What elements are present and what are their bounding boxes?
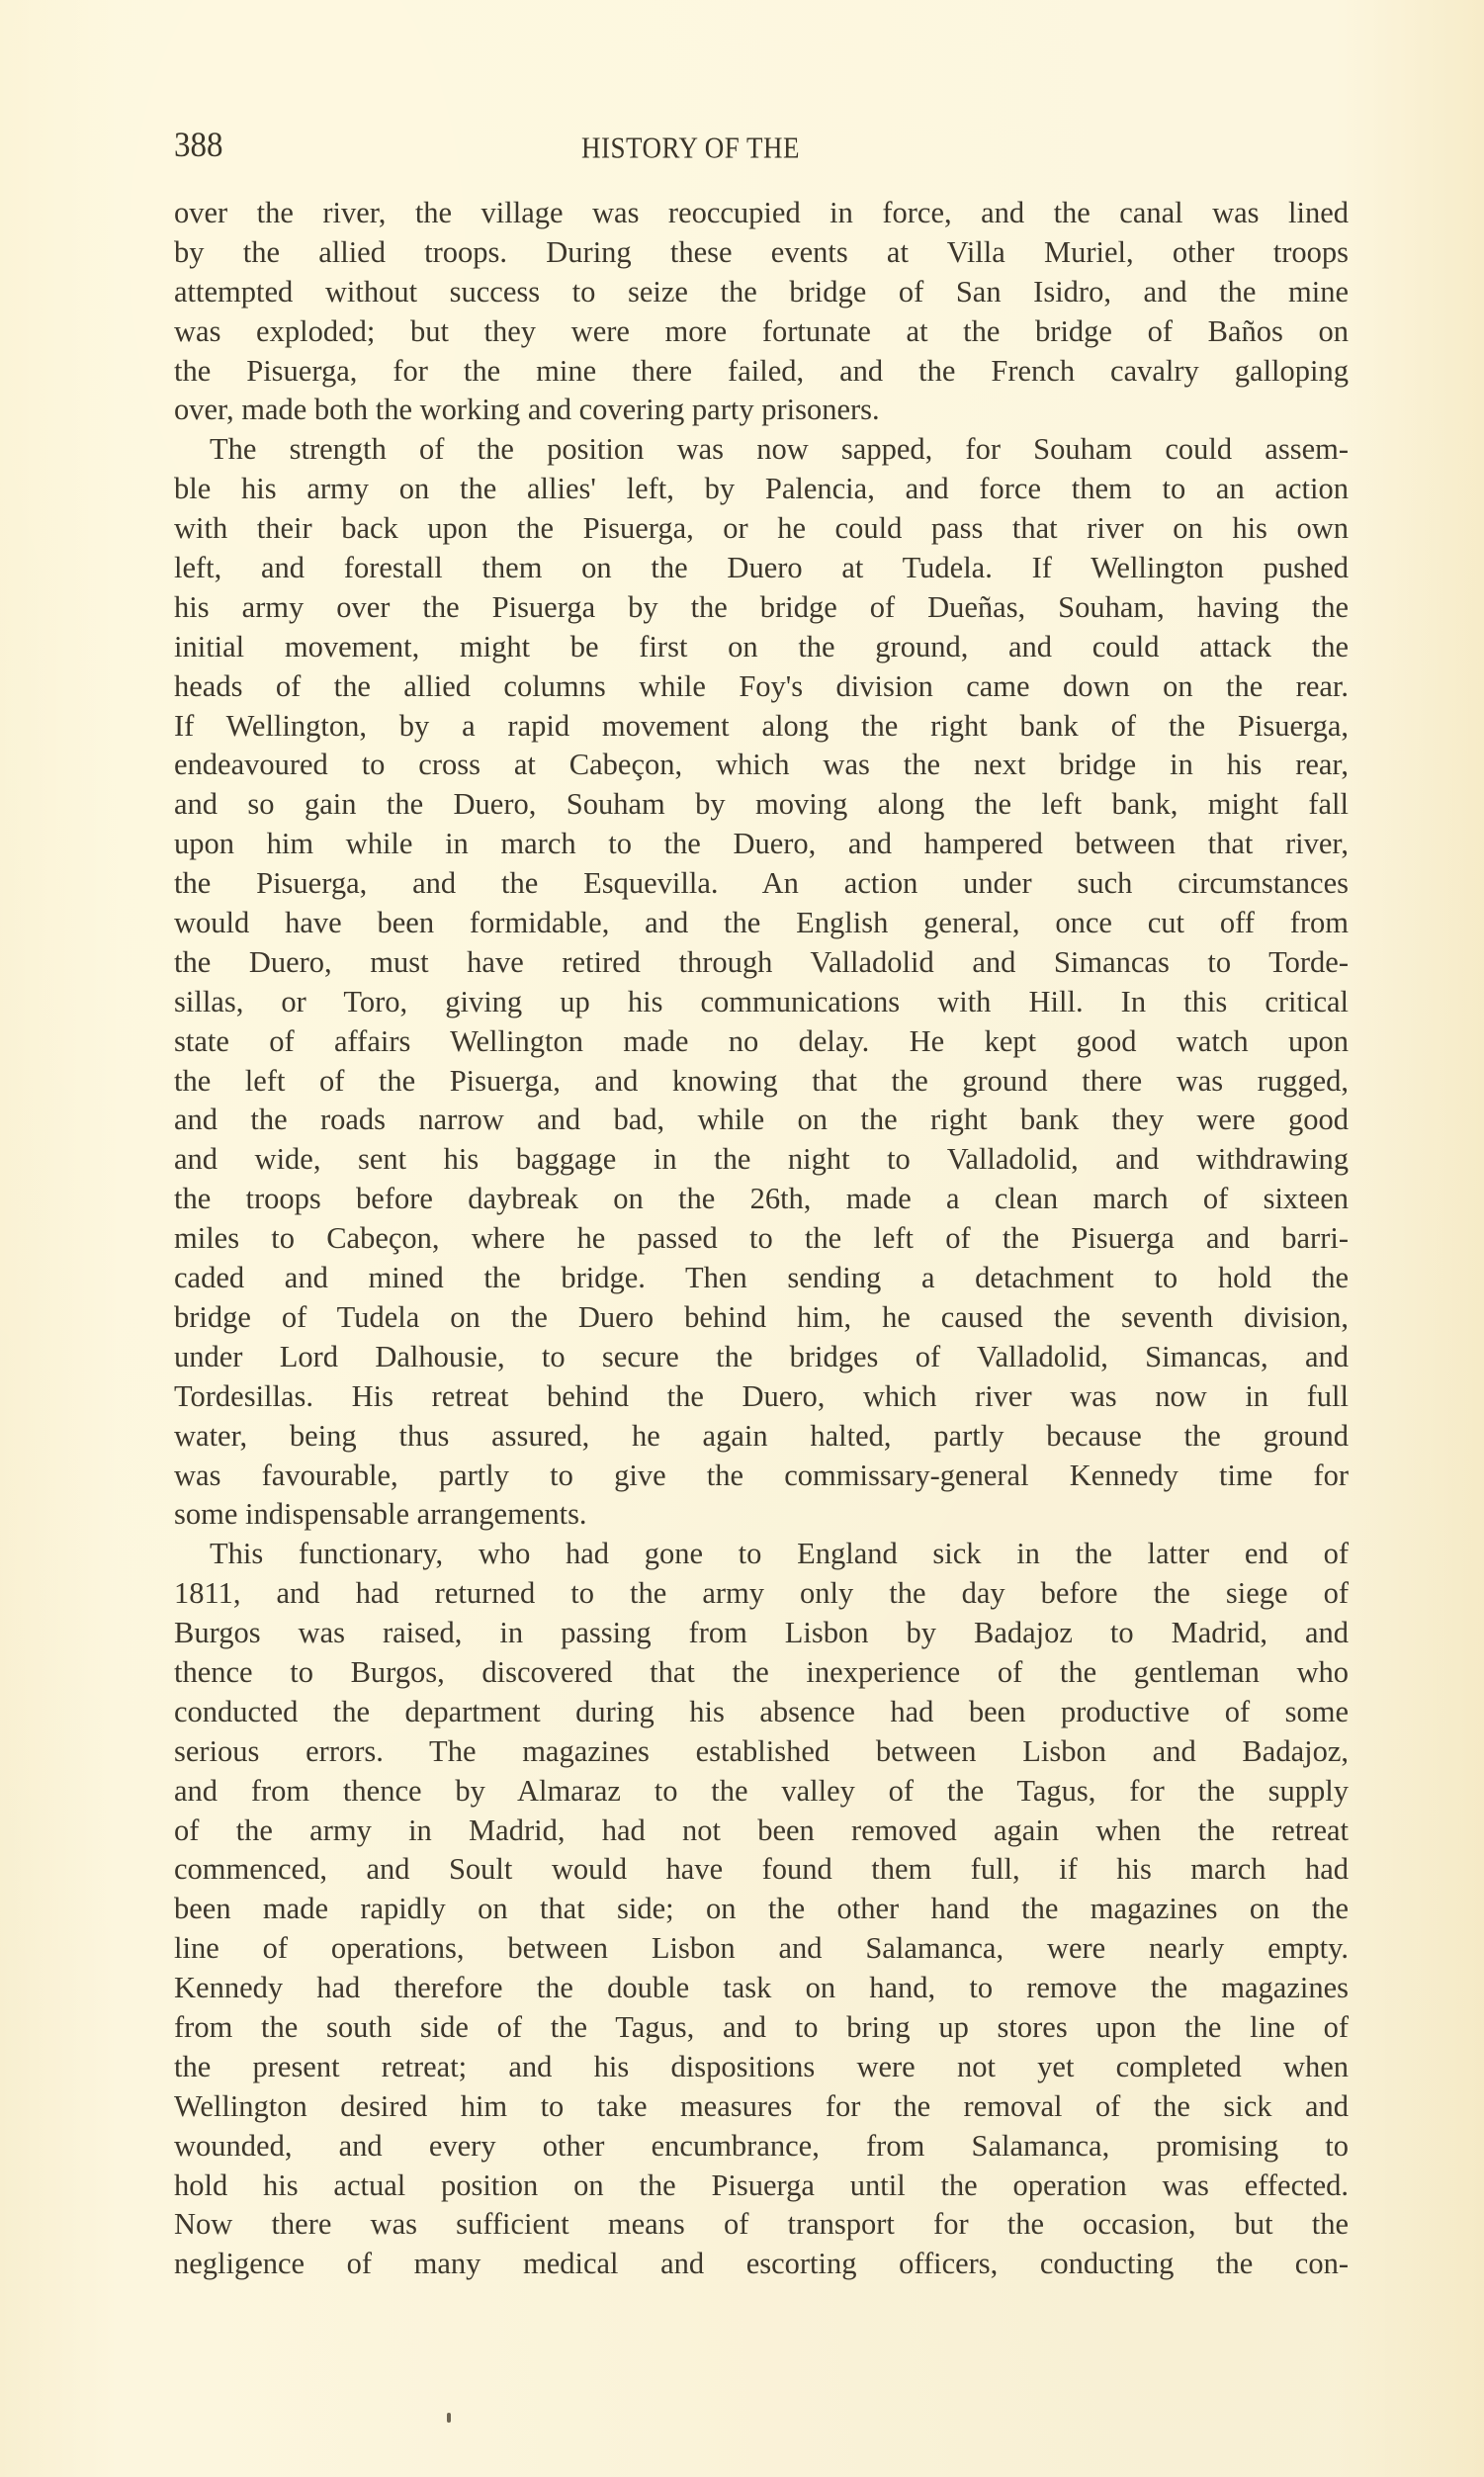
text-line: would have been formidable, and the Engl…	[174, 904, 1349, 943]
text-line: caded and mined the bridge. Then sending…	[174, 1259, 1349, 1298]
text-line: hold his actual position on the Pisuerga…	[174, 2167, 1349, 2206]
text-line: from the south side of the Tagus, and to…	[174, 2008, 1349, 2048]
text-line: bridge of Tudela on the Duero behind him…	[174, 1298, 1349, 1338]
text-line: miles to Cabeçon, where he passed to the…	[174, 1219, 1349, 1259]
text-line: the Pisuerga, for the mine there failed,…	[174, 352, 1349, 392]
text-line: Burgos was raised, in passing from Lisbo…	[174, 1614, 1349, 1653]
text-line: was favourable, partly to give the commi…	[174, 1457, 1349, 1496]
text-line: The strength of the position was now sap…	[174, 430, 1349, 470]
running-title: HISTORY OF THE	[581, 131, 800, 166]
text-line: 1811, and had returned to the army only …	[174, 1574, 1349, 1614]
text-line: the Pisuerga, and the Esquevilla. An act…	[174, 864, 1349, 904]
text-line: was exploded; but they were more fortuna…	[174, 312, 1349, 352]
text-line: with their back upon the Pisuerga, or he…	[174, 509, 1349, 549]
page-number: 388	[174, 127, 223, 166]
text-line: been made rapidly on that side; on the o…	[174, 1890, 1349, 1929]
text-line: and the roads narrow and bad, while on t…	[174, 1101, 1349, 1140]
text-line: initial movement, might be first on the …	[174, 628, 1349, 667]
text-line: Now there was sufficient means of transp…	[174, 2205, 1349, 2245]
text-line: of the army in Madrid, had not been remo…	[174, 1812, 1349, 1851]
text-line: upon him while in march to the Duero, an…	[174, 825, 1349, 864]
text-line: serious errors. The magazines establishe…	[174, 1732, 1349, 1772]
text-line: sillas, or Toro, giving up his communica…	[174, 983, 1349, 1022]
text-line: left, and forestall them on the Duero at…	[174, 549, 1349, 588]
body-text: over the river, the village was reoccupi…	[174, 194, 1349, 2284]
text-line: If Wellington, by a rapid movement along…	[174, 707, 1349, 747]
text-line: wounded, and every other encumbrance, fr…	[174, 2127, 1349, 2167]
paragraph: The strength of the position was now sap…	[174, 430, 1349, 1535]
text-line: over the river, the village was reoccupi…	[174, 194, 1349, 233]
text-line: state of affairs Wellington made no dela…	[174, 1022, 1349, 1062]
paragraph: This functionary, who had gone to Englan…	[174, 1535, 1349, 2284]
text-line: line of operations, between Lisbon and S…	[174, 1929, 1349, 1969]
print-speck	[447, 2413, 451, 2423]
text-line: and wide, sent his baggage in the night …	[174, 1140, 1349, 1180]
text-line: the troops before daybreak on the 26th, …	[174, 1180, 1349, 1219]
running-head: 388 HISTORY OF THE	[174, 127, 1349, 170]
paragraph: over the river, the village was reoccupi…	[174, 194, 1349, 430]
text-line: negligence of many medical and escorting…	[174, 2245, 1349, 2284]
text-line: under Lord Dalhousie, to secure the brid…	[174, 1338, 1349, 1377]
text-line: and so gain the Duero, Souham by moving …	[174, 785, 1349, 825]
text-line: the Duero, must have retired through Val…	[174, 943, 1349, 983]
text-line: Kennedy had therefore the double task on…	[174, 1969, 1349, 2008]
text-line: the left of the Pisuerga, and knowing th…	[174, 1062, 1349, 1102]
text-line: some indispensable arrangements.	[174, 1495, 1349, 1535]
text-line: Wellington desired him to take measures …	[174, 2087, 1349, 2127]
text-line: conducted the department during his abse…	[174, 1693, 1349, 1732]
text-line: water, being thus assured, he again halt…	[174, 1417, 1349, 1457]
text-line: his army over the Pisuerga by the bridge…	[174, 588, 1349, 628]
text-line: thence to Burgos, discovered that the in…	[174, 1653, 1349, 1693]
text-line: commenced, and Soult would have found th…	[174, 1850, 1349, 1890]
text-line: This functionary, who had gone to Englan…	[174, 1535, 1349, 1574]
text-line: the present retreat; and his disposition…	[174, 2048, 1349, 2087]
text-line: heads of the allied columns while Foy's …	[174, 667, 1349, 707]
text-line: over, made both the working and covering…	[174, 391, 1349, 430]
text-line: attempted without success to seize the b…	[174, 273, 1349, 312]
text-line: ble his army on the allies' left, by Pal…	[174, 470, 1349, 509]
book-page: 388 HISTORY OF THE over the river, the v…	[174, 127, 1349, 2284]
text-line: by the allied troops. During these event…	[174, 233, 1349, 273]
text-line: endeavoured to cross at Cabeçon, which w…	[174, 746, 1349, 785]
text-line: Tordesillas. His retreat behind the Duer…	[174, 1377, 1349, 1417]
text-line: and from thence by Almaraz to the valley…	[174, 1772, 1349, 1812]
